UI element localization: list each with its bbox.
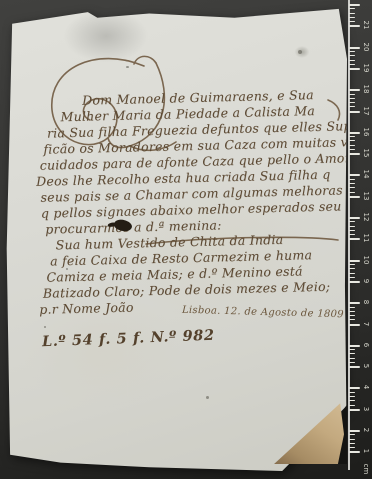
ruler-number: 8 xyxy=(362,296,370,308)
ruler-tick xyxy=(349,64,355,65)
manuscript-text-block: Dom Manoel de Guimaraens, e SuaMulher Ma… xyxy=(30,86,342,94)
ruler-tick xyxy=(349,451,360,453)
ruler-tick xyxy=(349,226,355,227)
ruler-number: 5 xyxy=(362,360,370,372)
manuscript-line: p.r Nome João xyxy=(39,300,134,317)
ruler-number: 1 xyxy=(362,445,370,457)
ruler-number: 15 xyxy=(362,147,370,159)
ruler-tick xyxy=(349,230,355,231)
ruler-number: 13 xyxy=(362,190,370,202)
ruler-tick xyxy=(349,405,355,406)
ruler-number: 21 xyxy=(362,19,370,31)
ruler-tick xyxy=(349,362,355,363)
ruler-tick xyxy=(349,68,360,70)
ruler-number: 16 xyxy=(362,126,370,138)
archival-reference-number: L.º 54 f. 5 f. N.º 982 xyxy=(42,327,215,351)
ruler-tick xyxy=(349,430,360,432)
ruler-tick xyxy=(349,387,360,389)
ruler-tick xyxy=(349,136,355,137)
ruler-tick xyxy=(349,179,355,180)
manuscript-date-line: Lisboa. 12. de Agosto de 1809 xyxy=(182,305,344,321)
ruler-number: 20 xyxy=(362,41,370,53)
ruler-tick xyxy=(349,98,355,99)
ruler-tick xyxy=(349,439,355,440)
ruler-tick xyxy=(349,281,360,283)
ruler-tick xyxy=(349,25,360,27)
ruler-tick xyxy=(349,60,355,61)
ruler-tick xyxy=(349,89,360,91)
ruler-number: 19 xyxy=(362,62,370,74)
ruler-tick xyxy=(349,396,355,397)
ruler-tick xyxy=(349,302,360,304)
ruler-tick xyxy=(349,264,355,265)
ruler-tick xyxy=(349,260,360,262)
ruler-tick xyxy=(349,358,355,359)
ruler-number: 9 xyxy=(362,275,370,287)
ruler-tick xyxy=(349,443,355,444)
ruler-number: 2 xyxy=(362,424,370,436)
manuscript-page-wrap: Dom Manoel de Guimaraens, e SuaMulher Ma… xyxy=(6,8,347,471)
paper-speck xyxy=(298,50,302,54)
ruler-tick xyxy=(349,311,355,312)
ruler-tick xyxy=(349,132,360,134)
ruler-tick xyxy=(349,149,355,150)
ruler-tick xyxy=(349,51,355,52)
paper-speck xyxy=(44,326,46,328)
ruler-number: 7 xyxy=(362,318,370,330)
ruler-tick xyxy=(349,13,355,14)
ruler-number: 3 xyxy=(362,403,370,415)
ruler-number: cm xyxy=(362,463,370,475)
ruler-tick xyxy=(349,153,360,155)
paper-speck xyxy=(126,66,129,68)
cm-ruler: 212019181716151413121110987654321cm xyxy=(346,0,372,479)
ruler-tick xyxy=(349,145,355,146)
ruler-tick xyxy=(349,349,355,350)
ruler-tick xyxy=(349,174,360,176)
scan-background: Dom Manoel de Guimaraens, e SuaMulher Ma… xyxy=(0,0,372,479)
ruler-tick xyxy=(349,4,360,6)
ruler-tick xyxy=(349,47,360,49)
ruler-tick xyxy=(349,366,360,368)
ruler-tick xyxy=(349,315,355,316)
ruler-number: 10 xyxy=(362,254,370,266)
ruler-tick xyxy=(349,345,360,347)
ruler-tick xyxy=(349,17,355,18)
ruler-tick xyxy=(349,392,355,393)
ruler-number: 11 xyxy=(362,232,370,244)
ruler-tick xyxy=(349,94,355,95)
ruler-tick xyxy=(349,324,360,326)
ruler-number: 14 xyxy=(362,168,370,180)
ruler-number: 6 xyxy=(362,339,370,351)
ruler-number: 17 xyxy=(362,105,370,117)
ruler-tick xyxy=(349,111,360,113)
ruler-tick xyxy=(349,217,360,219)
paper-speck xyxy=(206,396,209,399)
ruler-number: 18 xyxy=(362,83,370,95)
ruler-tick xyxy=(349,192,355,193)
ruler-tick xyxy=(349,409,360,411)
ruler-tick xyxy=(349,183,355,184)
manuscript-page: Dom Manoel de Guimaraens, e SuaMulher Ma… xyxy=(6,8,347,471)
ruler-tick xyxy=(349,102,355,103)
ruler-tick xyxy=(349,277,355,278)
ruler-tick xyxy=(349,196,360,198)
paper-speck xyxy=(66,268,68,270)
ruler-tick xyxy=(349,307,355,308)
ruler-number: 12 xyxy=(362,211,370,223)
ruler-number: 4 xyxy=(362,381,370,393)
ruler-tick xyxy=(349,238,360,240)
ruler-tick xyxy=(349,273,355,274)
